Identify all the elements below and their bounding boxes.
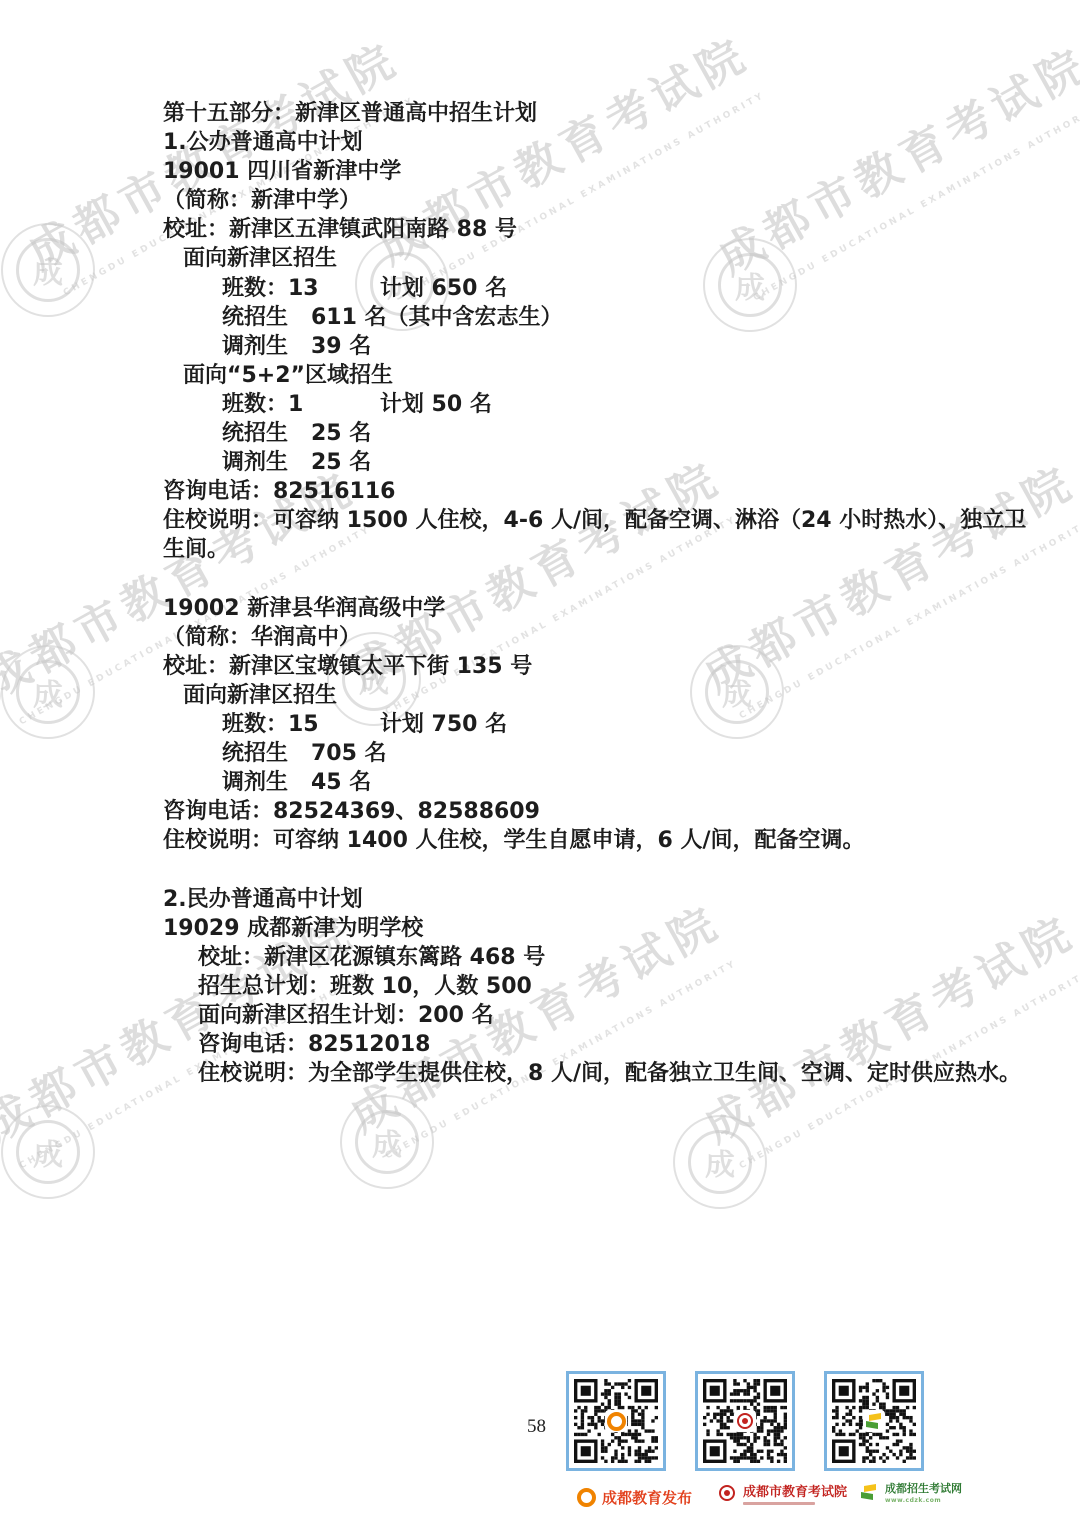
document-page: 成都市教育考试院CHENGDU EDUCATIONAL EXAMINATIONS… [0, 0, 1080, 1528]
blank-line [163, 565, 1026, 594]
orange-ring-icon [575, 1486, 597, 1508]
qr-label-fineprint-line [743, 1502, 815, 1505]
doc-line: 生间。 [163, 535, 1026, 564]
doc-line: （简称：新津中学） [163, 186, 1026, 215]
document-body: 第十五部分：新津区普通高中招生计划 1.公办普通高中计划 19001 四川省新津… [163, 99, 1026, 1088]
qr-label-text: 成都市教育考试院 [743, 1481, 847, 1500]
doc-line: 调剂生 25 名 [163, 448, 1026, 477]
watermark-seal-icon: 成 [1, 645, 95, 739]
qr-label-text: 成都招生考试网 [885, 1480, 962, 1496]
doc-line: 住校说明：可容纳 1400 人住校，学生自愿申请，6 人/间，配备空调。 [163, 826, 1026, 855]
qr-code-examinations-authority [695, 1371, 795, 1471]
doc-line: 调剂生 45 名 [163, 768, 1026, 797]
red-seal-icon [737, 1413, 753, 1429]
doc-line: 咨询电话：82512018 [163, 1030, 1026, 1059]
doc-line: 面向新津区招生 [163, 244, 1026, 273]
doc-line: 校址：新津区宝墩镇太平下街 135 号 [163, 652, 1026, 681]
qr-center-logo [863, 1410, 885, 1432]
watermark-seal-icon: 成 [340, 1095, 434, 1189]
doc-section-title: 第十五部分：新津区普通高中招生计划 [163, 99, 1026, 128]
flag-icon [858, 1481, 880, 1503]
qr-code-chengdu-education-release [566, 1371, 666, 1471]
doc-line: 面向新津区招生 [163, 681, 1026, 710]
watermark-seal-icon: 成 [673, 1115, 767, 1209]
qr-center-logo [734, 1410, 756, 1432]
qr-label-text: 成都教育发布 [602, 1487, 692, 1508]
qr-center-logo [605, 1410, 627, 1432]
doc-line: 统招生 25 名 [163, 419, 1026, 448]
doc-line: 住校说明：可容纳 1500 人住校，4-6 人/间，配备空调、淋浴（24 小时热… [163, 506, 1026, 535]
doc-line: 班数：15 计划 750 名 [163, 710, 1026, 739]
doc-line: 调剂生 39 名 [163, 332, 1026, 361]
doc-line: 统招生 611 名（其中含宏志生） [163, 303, 1026, 332]
qr-label-chengdu-education-release: 成都教育发布 [575, 1486, 692, 1508]
watermark-seal-icon: 成 [1, 223, 95, 317]
page-number: 58 [527, 1416, 546, 1438]
qr-label-examinations-authority: 成都市教育考试院 [716, 1481, 847, 1505]
qr-code-enrollment-exam-web [824, 1371, 924, 1471]
doc-school-19029-name: 19029 成都新津为明学校 [163, 914, 1026, 943]
red-seal-icon [716, 1482, 738, 1504]
doc-school-19002-name: 19002 新津县华润高级中学 [163, 594, 1026, 623]
flag-icon [866, 1414, 882, 1429]
doc-line: 招生总计划：班数 10，人数 500 [163, 972, 1026, 1001]
orange-ring-icon [607, 1412, 626, 1431]
qr-label-enrollment-exam-web: 成都招生考试网 www.cdzk.com [858, 1480, 962, 1504]
doc-subsection-private: 2.民办普通高中计划 [163, 885, 1026, 914]
blank-line [163, 855, 1026, 884]
doc-line: 咨询电话：82516116 [163, 477, 1026, 506]
doc-subsection-public: 1.公办普通高中计划 [163, 128, 1026, 157]
doc-line: 班数：13 计划 650 名 [163, 274, 1026, 303]
qr-label-url: www.cdzk.com [885, 1497, 941, 1504]
doc-line: 住校说明：为全部学生提供住校，8 人/间，配备独立卫生间、空调、定时供应热水。 [163, 1059, 1026, 1088]
doc-line: 校址：新津区花源镇东篱路 468 号 [163, 943, 1026, 972]
doc-line: 班数：1 计划 50 名 [163, 390, 1026, 419]
watermark-seal-icon: 成 [1, 1105, 95, 1199]
doc-line: 面向新津区招生计划：200 名 [163, 1001, 1026, 1030]
doc-school-19001-name: 19001 四川省新津中学 [163, 157, 1026, 186]
doc-line: 面向“5+2”区域招生 [163, 361, 1026, 390]
doc-line: 咨询电话：82524369、82588609 [163, 797, 1026, 826]
doc-line: （简称：华润高中） [163, 623, 1026, 652]
doc-line: 校址：新津区五津镇武阳南路 88 号 [163, 215, 1026, 244]
doc-line: 统招生 705 名 [163, 739, 1026, 768]
